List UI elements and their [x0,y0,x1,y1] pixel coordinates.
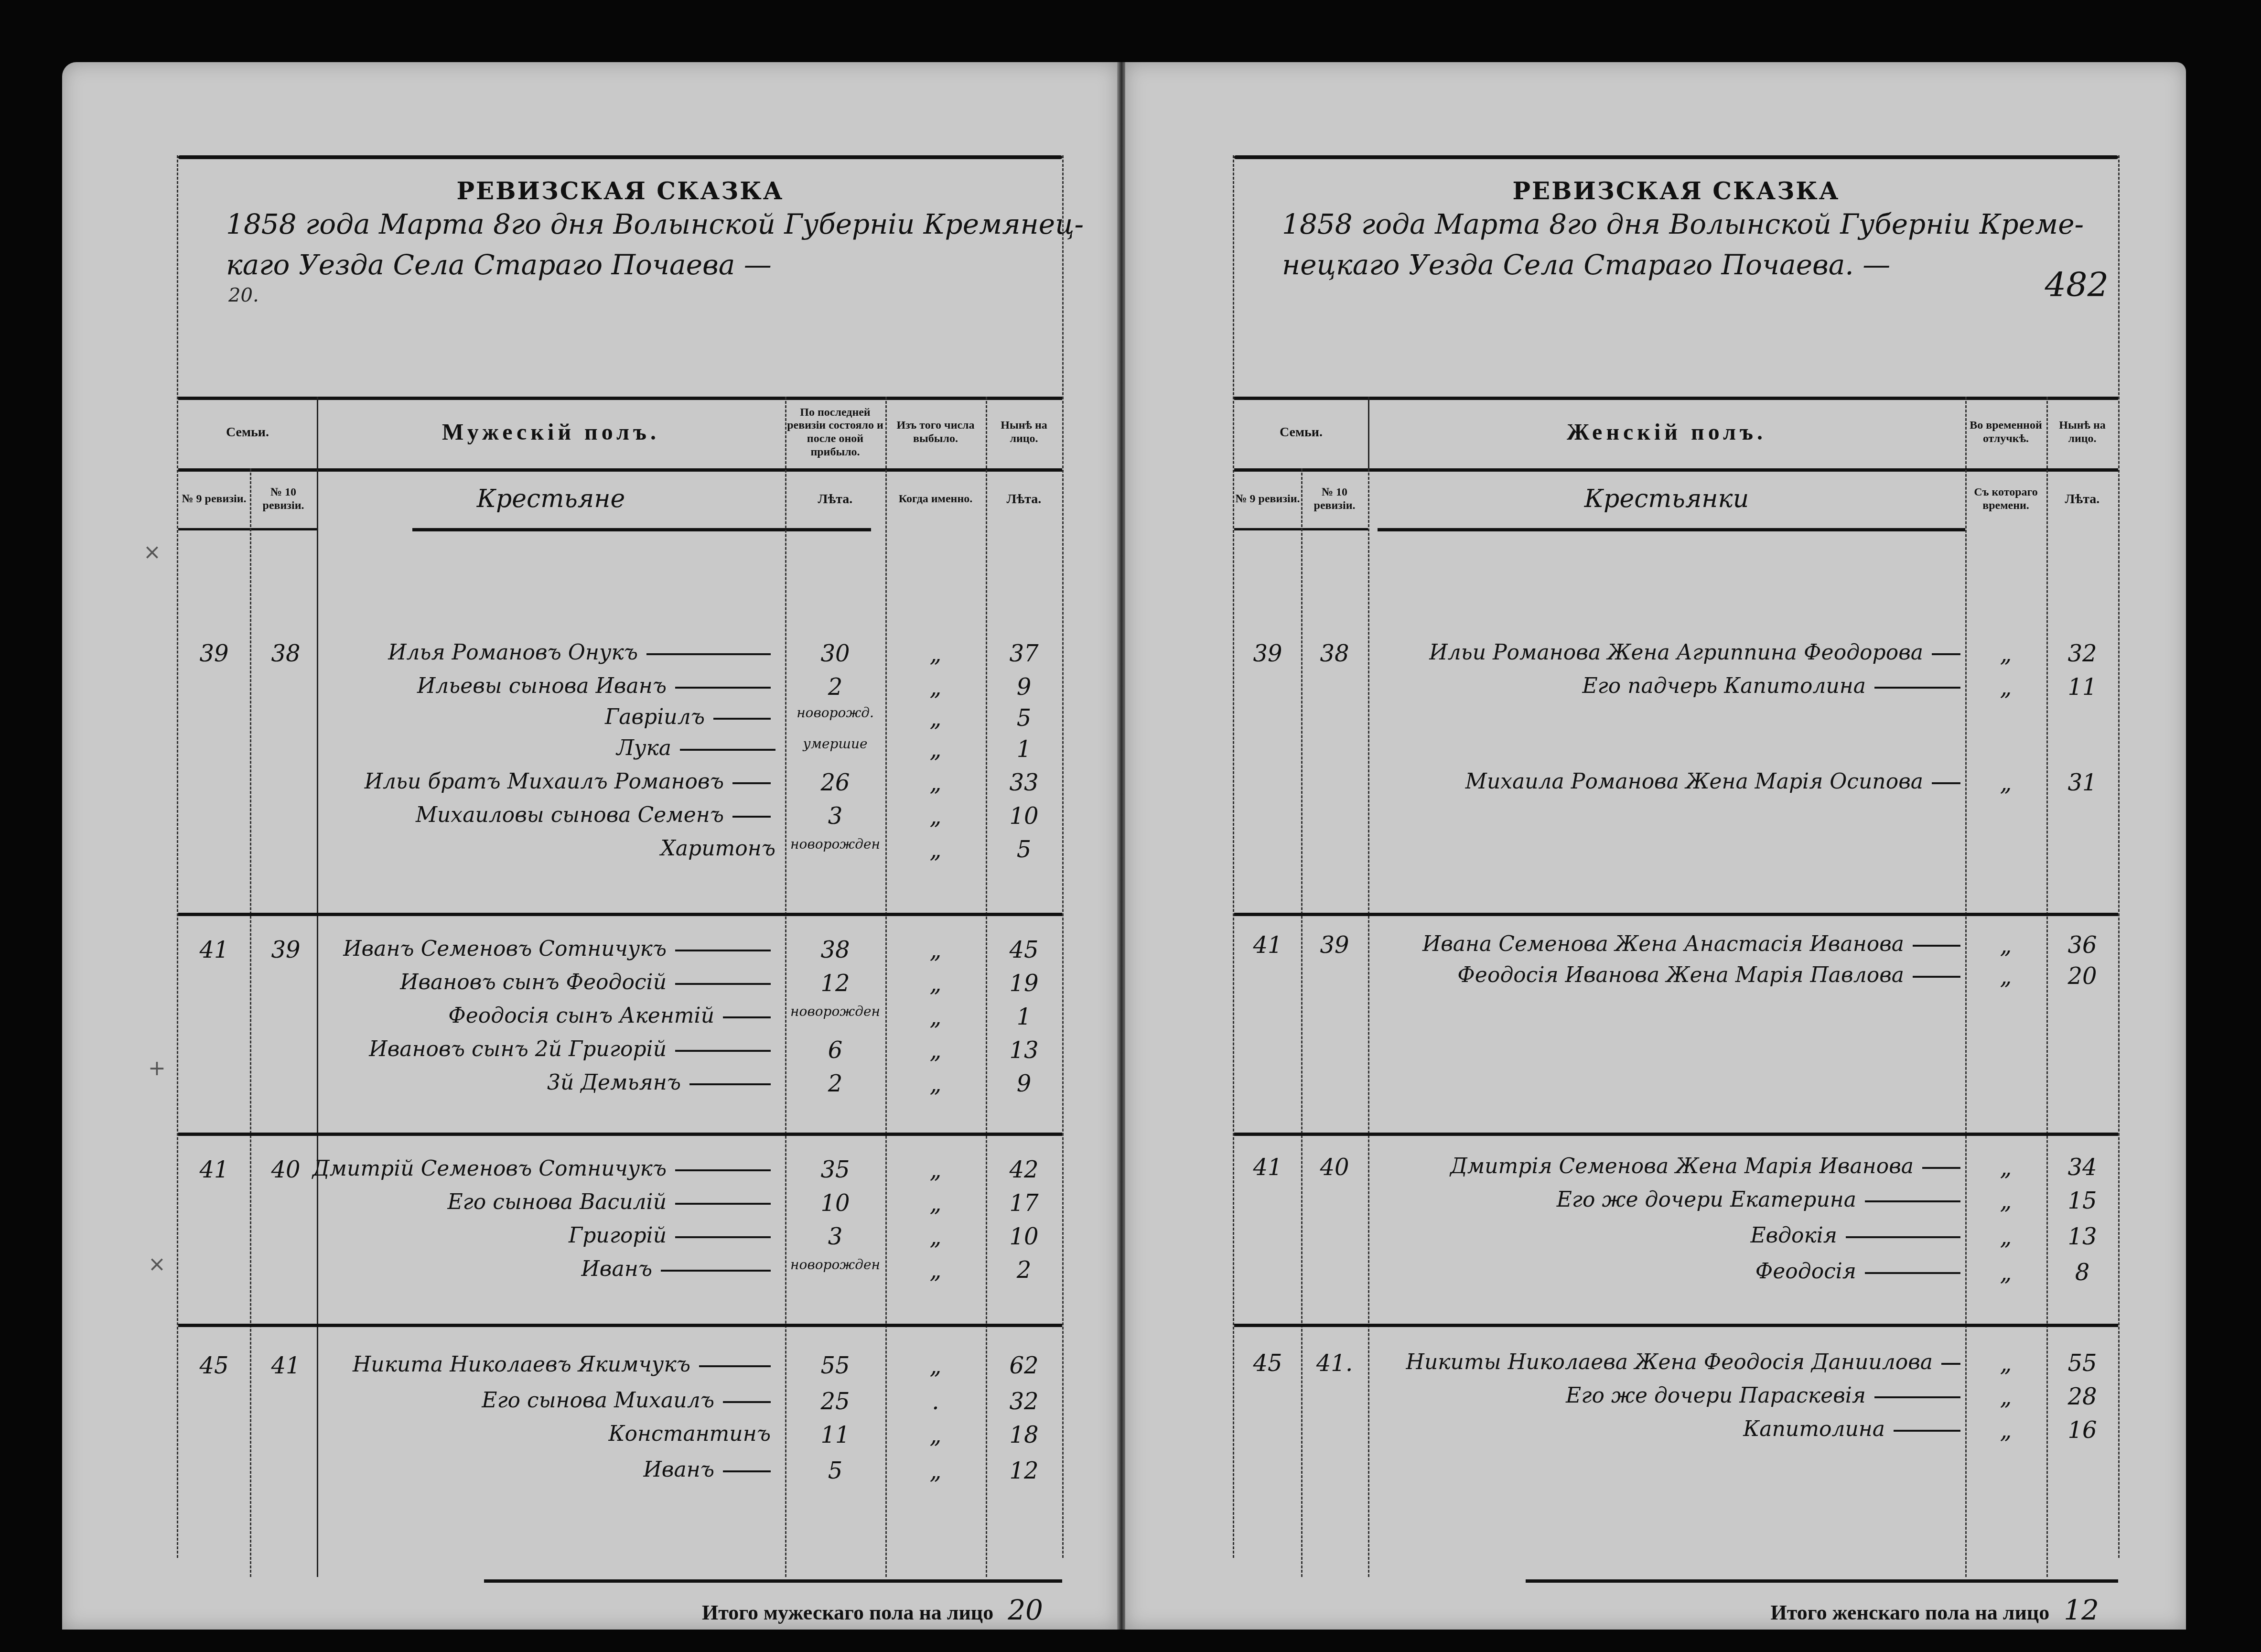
prev-age: 3 [785,1223,885,1250]
form-title: РЕВИЗСКАЯ СКАЗКА [1234,177,2118,205]
header-family: Семьи. [1234,397,1368,468]
absent-mark: „ [1965,1350,2046,1377]
form-title: РЕВИЗСКАЯ СКАЗКА [178,177,1062,205]
current-age: 11 [2046,674,2118,701]
table-row: Ильевы сынова Иванъ 2 „ 9 [178,674,1062,707]
person-name: Григорій [569,1223,771,1248]
table-row: Его же дочери Екатерина „ 15 [1234,1188,2118,1221]
prev-age: новорожден [785,1257,885,1273]
right-page-female: РЕВИЗСКАЯ СКАЗКА 1858 года Марта 8го дня… [1125,62,2186,1630]
dropped-mark: „ [885,1037,986,1064]
estate-underline [1378,528,1965,531]
table-row: 39 38 Ильи Романова Жена Агриппина Феодо… [1234,640,2118,674]
current-age: 2 [986,1257,1062,1284]
header-absent: Во временной отлучкѣ. [1965,397,2046,468]
person-name: 3й Демьянъ [547,1070,771,1095]
table-row: Лука умершие „ 1 [178,736,1062,769]
dropped-mark: „ [885,1422,986,1448]
header-section-female: Женскій полъ. [1368,397,1965,468]
top-rule [178,155,1062,159]
rev9-number: 41 [1241,932,1294,959]
current-age: 8 [2046,1259,2118,1286]
prev-age: 11 [785,1422,885,1448]
absent-mark: „ [1965,674,2046,701]
absent-mark: „ [1965,1259,2046,1286]
table-row: Ильи братъ Михаилъ Романовъ 26 „ 33 [178,769,1062,803]
table-row: Феодосія сынъ Акентій новорожден „ 1 [178,1004,1062,1037]
prev-age: 25 [785,1388,885,1415]
table-row: Его сынова Михаилъ 25 . 32 [178,1388,1062,1422]
total-label: Итого женскаго пола на лицо [1771,1601,2050,1624]
person-name: Ильевы сынова Иванъ [417,674,771,698]
dropped-mark: „ [885,1352,986,1379]
table-row: Ивановъ сынъ 2й Григорій 6 „ 13 [178,1037,1062,1070]
person-name: Гавріилъ [605,705,771,729]
table-row: 41 40 Дмитрій Семеновъ Сотничукъ 35 „ 42 [178,1156,1062,1190]
table-header: Семьи. Мужескій полъ. По последней ревиз… [178,397,1062,619]
total-value: 12 [2064,1594,2099,1626]
person-name: Ивановъ сынъ 2й Григорій [369,1037,771,1061]
person-name: Лука [616,736,775,760]
absent-mark: „ [1965,963,2046,990]
dropped-mark: „ [885,937,986,963]
header-rev9-no: № 9 ревизіи. [1234,471,1301,528]
header-present: Нынѣ на лицо. [2046,397,2118,468]
current-age: 28 [2046,1383,2118,1410]
header-rev9-no: № 9 ревизіи. [178,471,250,528]
person-name: Его сынова Михаилъ [482,1388,771,1413]
family-underline [178,528,317,530]
dropped-mark: „ [885,803,986,830]
rev9-number: 39 [1241,640,1294,667]
current-age: 1 [986,1004,1062,1030]
person-name: Его же дочери Екатерина [1557,1188,1960,1212]
table-row: Михаиловы сынова Семенъ 3 „ 10 [178,803,1062,836]
header-when: Когда именно. [885,471,986,528]
dropped-mark: „ [885,736,986,763]
person-name: Дмитрія Семенова Жена Марія Иванова [1450,1154,1960,1178]
rev10-number: 40 [259,1156,312,1183]
header-years: Лѣта. [785,471,885,528]
male-total: Итого мужескаго пола на лицо20 [702,1594,1043,1626]
current-age: 55 [2046,1350,2118,1377]
margin-note: 20. [228,284,259,306]
person-name: Иванъ [643,1458,771,1482]
prev-age: 38 [785,937,885,963]
dropped-mark: „ [885,970,986,997]
table-row: Михаила Романова Жена Марія Осипова „ 31 [1234,769,2118,803]
current-age: 9 [986,674,1062,701]
dropped-mark: „ [885,1223,986,1250]
dropped-mark: „ [885,1458,986,1484]
header-estate-peasants: Крестьяне [317,471,785,528]
table-row: Его же дочери Параскевія „ 28 [1234,1383,2118,1417]
form-frame: РЕВИЗСКАЯ СКАЗКА 1858 года Марта 8го дня… [1233,155,2120,1558]
header-handwritten-line-2: каго Уезда Села Стараго Почаева — [226,248,772,281]
prev-age: новорожден [785,1004,885,1019]
current-age: 33 [986,769,1062,796]
person-name: Ильи Романова Жена Агриппина Феодорова [1429,640,1960,665]
estate-underline [412,528,871,531]
table-row: 45 41. Никиты Николаева Жена Феодосія Да… [1234,1350,2118,1383]
current-age: 13 [2046,1223,2118,1250]
total-value: 20 [1008,1594,1043,1626]
rev10-number: 39 [1308,932,1361,959]
current-age: 9 [986,1070,1062,1097]
prev-age: 2 [785,674,885,701]
dropped-mark: „ [885,674,986,701]
person-name: Феодосія [1755,1259,1960,1284]
person-name: Капитолина [1743,1417,1960,1441]
table-row: Иванъ 5 „ 12 [178,1458,1062,1491]
prev-age: 30 [785,640,885,667]
current-age: 5 [986,705,1062,732]
header-since-when: Съ котораго времени. [1965,471,2046,528]
absent-mark: „ [1965,1154,2046,1181]
table-row: Иванъ новорожден „ 2 [178,1257,1062,1290]
rev9-number: 41 [1241,1154,1294,1181]
family-separator [178,1324,1062,1327]
rev9-number: 45 [188,1352,240,1379]
table-row: Его падчерь Капитолина „ 11 [1234,674,2118,707]
person-name: Илья Романовъ Онукъ [388,640,771,665]
rev10-number: 38 [1308,640,1361,667]
table-row: Григорій 3 „ 10 [178,1223,1062,1257]
current-age: 10 [986,803,1062,830]
dropped-mark: „ [885,1070,986,1097]
dropped-mark: „ [885,705,986,732]
dropped-mark: „ [885,1257,986,1284]
dropped-mark: „ [885,1190,986,1217]
current-age: 42 [986,1156,1062,1183]
margin-cross-mark: × [143,540,161,564]
header-last-revision: По последней ревизіи состояло и после он… [785,397,885,468]
dropped-mark: „ [885,640,986,667]
rev10-number: 38 [259,640,312,667]
prev-age: умершие [785,736,885,752]
top-rule [1234,155,2118,159]
table-row: Феодосія Иванова Жена Марія Павлова „ 20 [1234,963,2118,996]
prev-age: 55 [785,1352,885,1379]
family-separator [1234,913,2118,916]
person-name: Ильи братъ Михаилъ Романовъ [365,769,771,794]
prev-age: 2 [785,1070,885,1097]
header-handwritten-line-1: 1858 года Марта 8го дня Волынской Губерн… [1282,208,2084,240]
prev-age: 6 [785,1037,885,1064]
prev-age: 5 [785,1458,885,1484]
table-row: 41 39 Ивана Семенова Жена Анастасія Иван… [1234,932,2118,965]
family-separator [1234,1324,2118,1327]
person-name: Харитонъ [660,836,775,861]
female-total: Итого женскаго пола на лицо12 [1771,1594,2099,1626]
table-row: Харитонъ новорожден „ 5 [178,836,1062,870]
table-row: Капитолина „ 16 [1234,1417,2118,1450]
current-age: 32 [986,1388,1062,1415]
current-age: 10 [986,1223,1062,1250]
header-handwritten-line-1: 1858 года Марта 8го дня Волынской Губерн… [226,208,1084,240]
margin-cross-mark: × [148,1252,166,1276]
person-name: Феодосія сынъ Акентій [448,1004,771,1028]
absent-mark: „ [1965,769,2046,796]
current-age: 36 [2046,932,2118,959]
dropped-mark: . [885,1388,986,1415]
header-section-male: Мужескій полъ. [317,397,785,468]
current-age: 12 [986,1458,1062,1484]
prev-age: новорожд. [785,705,885,721]
total-rule [484,1579,1062,1583]
table-row: Гавріилъ новорожд. „ 5 [178,705,1062,738]
margin-plus-mark: + [148,1056,166,1080]
person-name: Ивановъ сынъ Феодосій [400,970,771,994]
total-rule [1526,1579,2118,1583]
header-rev10-no: № 10 ревизіи. [1301,471,1368,528]
dropped-mark: „ [885,1004,986,1030]
header-estate-peasant-women: Крестьянки [1368,471,1965,528]
left-page-male: × + × РЕВИЗСКАЯ СКАЗКА 1858 года Марта 8… [62,62,1118,1630]
person-name: Евдокія [1750,1223,1960,1248]
person-name: Его же дочери Параскевія [1566,1383,1960,1408]
prev-age: 10 [785,1190,885,1217]
current-age: 37 [986,640,1062,667]
table-row: Его сынова Василій 10 „ 17 [178,1190,1062,1223]
prev-age: 12 [785,970,885,997]
header-rev10-no: № 10 ревизіи. [250,471,317,528]
total-label: Итого мужескаго пола на лицо [702,1601,993,1624]
header-years-now: Лѣта. [986,471,1062,528]
current-age: 31 [2046,769,2118,796]
header-family: Семьи. [178,397,317,468]
current-age: 45 [986,937,1062,963]
rev9-number: 41 [188,937,240,963]
current-age: 15 [2046,1188,2118,1214]
current-age: 34 [2046,1154,2118,1181]
person-name: Никиты Николаева Жена Феодосія Даниилова [1406,1350,1960,1374]
absent-mark: „ [1965,932,2046,959]
current-age: 19 [986,970,1062,997]
table-row: 41 39 Иванъ Семеновъ Сотничукъ 38 „ 45 [178,937,1062,970]
current-age: 62 [986,1352,1062,1379]
family-separator [1234,1133,2118,1136]
folio-number: 482 [2045,265,2109,304]
person-name: Михаила Романова Жена Марія Осипова [1465,769,1960,794]
rev9-number: 41 [188,1156,240,1183]
form-frame: РЕВИЗСКАЯ СКАЗКА 1858 года Марта 8го дня… [177,155,1064,1558]
current-age: 13 [986,1037,1062,1064]
person-name: Дмитрій Семеновъ Сотничукъ [312,1156,771,1181]
prev-age: 3 [785,803,885,830]
rev10-number: 41 [259,1352,312,1379]
person-name: Константинъ [609,1422,771,1446]
header-present: Нынѣ на лицо. [986,397,1062,468]
absent-mark: „ [1965,1417,2046,1444]
current-age: 32 [2046,640,2118,667]
person-name: Его сынова Василій [447,1190,771,1214]
person-name: Его падчерь Капитолина [1582,674,1960,698]
header-dropped: Изъ того числа выбыло. [885,397,986,468]
dropped-mark: „ [885,836,986,863]
current-age: 18 [986,1422,1062,1448]
table-row: 39 38 Илья Романовъ Онукъ 30 „ 37 [178,640,1062,674]
family-separator [178,1133,1062,1136]
current-age: 5 [986,836,1062,863]
prev-age: 26 [785,769,885,796]
rev10-number: 39 [259,937,312,963]
prev-age: новорожден [785,836,885,852]
table-row: Феодосія „ 8 [1234,1259,2118,1293]
rev10-number: 41. [1308,1350,1361,1377]
person-name: Михаиловы сынова Семенъ [416,803,771,827]
dropped-mark: „ [885,1156,986,1183]
prev-age: 35 [785,1156,885,1183]
current-age: 1 [986,736,1062,763]
table-row: 3й Демьянъ 2 „ 9 [178,1070,1062,1104]
current-age: 17 [986,1190,1062,1217]
absent-mark: „ [1965,1223,2046,1250]
dropped-mark: „ [885,769,986,796]
table-row: Ивановъ сынъ Феодосій 12 „ 19 [178,970,1062,1004]
rev9-number: 39 [188,640,240,667]
rev10-number: 40 [1308,1154,1361,1181]
table-row: 41 40 Дмитрія Семенова Жена Марія Иванов… [1234,1154,2118,1188]
header-handwritten-line-2: нецкаго Уезда Села Стараго Почаева. — [1282,248,1890,281]
current-age: 20 [2046,963,2118,990]
person-name: Никита Николаевъ Якимчукъ [353,1352,771,1377]
open-ledger-book: × + × РЕВИЗСКАЯ СКАЗКА 1858 года Марта 8… [62,62,2188,1639]
absent-mark: „ [1965,1383,2046,1410]
table-row: 45 41 Никита Николаевъ Якимчукъ 55 „ 62 [178,1352,1062,1386]
rev9-number: 45 [1241,1350,1294,1377]
absent-mark: „ [1965,640,2046,667]
table-row: Евдокія „ 13 [1234,1223,2118,1257]
person-name: Иванъ Семеновъ Сотничукъ [343,937,771,961]
header-years-now: Лѣта. [2046,471,2118,528]
person-name: Иванъ [581,1257,771,1281]
table-row: Константинъ 11 „ 18 [178,1422,1062,1455]
family-separator [178,913,1062,916]
current-age: 16 [2046,1417,2118,1444]
table-header: Семьи. Женскій полъ. Во временной отлучк… [1234,397,2118,619]
absent-mark: „ [1965,1188,2046,1214]
person-name: Феодосія Иванова Жена Марія Павлова [1457,963,1960,987]
person-name: Ивана Семенова Жена Анастасія Иванова [1422,932,1960,956]
